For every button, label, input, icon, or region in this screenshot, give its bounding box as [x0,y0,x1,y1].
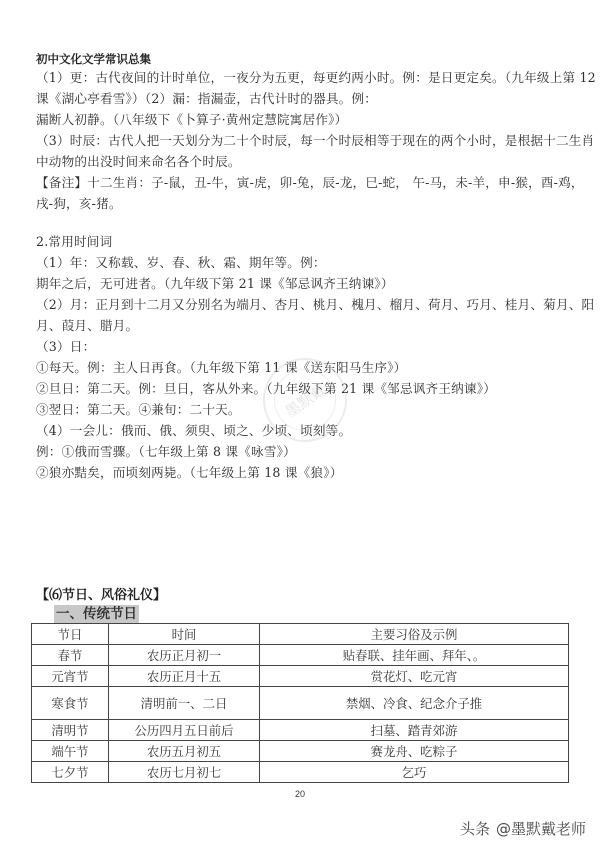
cell-customs: 禁烟、冷食、纪念介子推 [260,687,569,720]
table-header-row: 节日 时间 主要习俗及示例 [32,624,569,645]
document-page: 初中文化文学常识总集 （1）更：古代夜间的计时单位，一夜分为五更，每更约两小时。… [0,0,600,848]
text-line: （3）时辰：古代人把一天划分为二十个时辰，每一个时辰相等于现在的两个小时，是根据… [36,133,594,149]
text-line: 例：①俄而雪骤。（七年级上第 8 课《咏雪》） [36,444,296,460]
section-title-time-words: 2.常用时间词 [36,234,112,250]
cell-festival: 清明节 [32,720,109,741]
cell-customs: 扫墓、踏青郊游 [260,720,569,741]
text-line: ①每天。例：主人日再食。（九年级下第 11 课《送东阳马生序》） [36,360,406,376]
text-line: （2）月：正月到十二月又分别名为端月、杏月、桃月、槐月、榴月、荷月、巧月、桂月、… [36,297,594,313]
table-row: 寒食节 清明前一、二日 禁烟、冷食、纪念介子推 [32,687,569,720]
cell-customs: 贴春联、挂年画、拜年、。 [260,645,569,666]
section-heading: 【⑹节日、风俗礼仪】 [36,584,166,603]
text-line: 期年之后，无可进者。（九年级下第 21 课《邹忌讽齐王纳谏》） [36,276,394,292]
text-line: 中动物的出没时间来命名各个时辰。 [36,154,241,170]
header-customs: 主要习俗及示例 [260,624,569,645]
header-festival: 节日 [32,624,109,645]
text-line: ②狼亦黠矣，而顷刻两毙。（七年级上第 18 课《狼》） [36,465,343,481]
text-line: 戌-狗，亥-猪。 [36,196,122,212]
text-line: （1）更：古代夜间的计时单位，一夜分为五更，每更约两小时。例：是日更定矣。（九年… [36,70,596,86]
text-line: 漏断人初静。（八年级下《卜算子·黄州定慧院寓居作》） [36,112,347,128]
document-title: 初中文化文学常识总集 [36,51,151,67]
watermark-platform: 头条 [460,820,490,838]
table-row: 元宵节 农历正月十五 赏花灯、吃元宵 [32,666,569,687]
cell-festival: 元宵节 [32,666,109,687]
cell-time: 清明前一、二日 [109,687,260,720]
cell-customs: 乞巧 [260,762,569,783]
text-line: 课《湖心亭看雪》）（2）漏：指漏壶，古代计时的器具。例： [36,91,377,107]
platform-watermark: 头条@墨默戴老师 [460,818,586,839]
cell-festival: 寒食节 [32,687,109,720]
text-line: （3）日： [36,339,95,355]
cell-festival: 端午节 [32,741,109,762]
table-row: 春节 农历正月初一 贴春联、挂年画、拜年、。 [32,645,569,666]
cell-festival: 七夕节 [32,762,109,783]
festival-table: 节日 时间 主要习俗及示例 春节 农历正月初一 贴春联、挂年画、拜年、。 元宵节… [31,623,569,783]
cell-customs: 赏花灯、吃元宵 [260,666,569,687]
cell-time: 农历七月初七 [109,762,260,783]
table-row: 端午节 农历五月初五 赛龙舟、吃粽子 [32,741,569,762]
cell-time: 农历五月初五 [109,741,260,762]
stamp-text: 墨默戴 [281,378,330,421]
text-line: 【备注】十二生肖：子-鼠，丑-牛，寅-虎，卯-兔，辰-龙，巳-蛇， 午-马，未-… [36,175,584,191]
cell-time: 农历正月十五 [109,666,260,687]
sub-heading: 一、传统节日 [54,605,139,623]
table-row: 七夕节 农历七月初七 乞巧 [32,762,569,783]
watermark-account: @墨默戴老师 [496,820,586,838]
text-line: 月、葭月、腊月。 [36,318,138,334]
cell-customs: 赛龙舟、吃粽子 [260,741,569,762]
page-number: 20 [0,789,600,799]
table-row: 清明节 公历四月五日前后 扫墓、踏青郊游 [32,720,569,741]
cell-time: 公历四月五日前后 [109,720,260,741]
text-line: （1）年：又称载、岁、春、秋、霜、期年等。例： [36,255,326,271]
text-line: ③翌日：第二天。④兼旬：二十天。 [36,402,241,418]
cell-festival: 春节 [32,645,109,666]
cell-time: 农历正月初一 [109,645,260,666]
header-time: 时间 [109,624,260,645]
